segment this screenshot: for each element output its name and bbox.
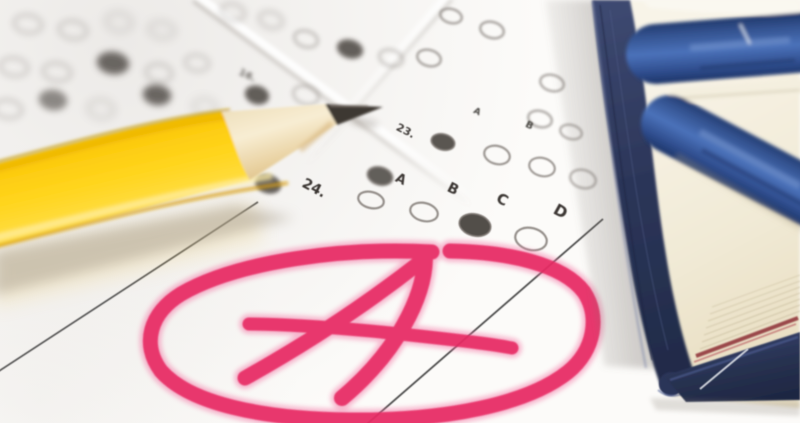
photo-graded-test: 16.23.AB24.ABCD [0, 0, 800, 423]
scene-canvas: 16.23.AB24.ABCD [0, 0, 800, 423]
